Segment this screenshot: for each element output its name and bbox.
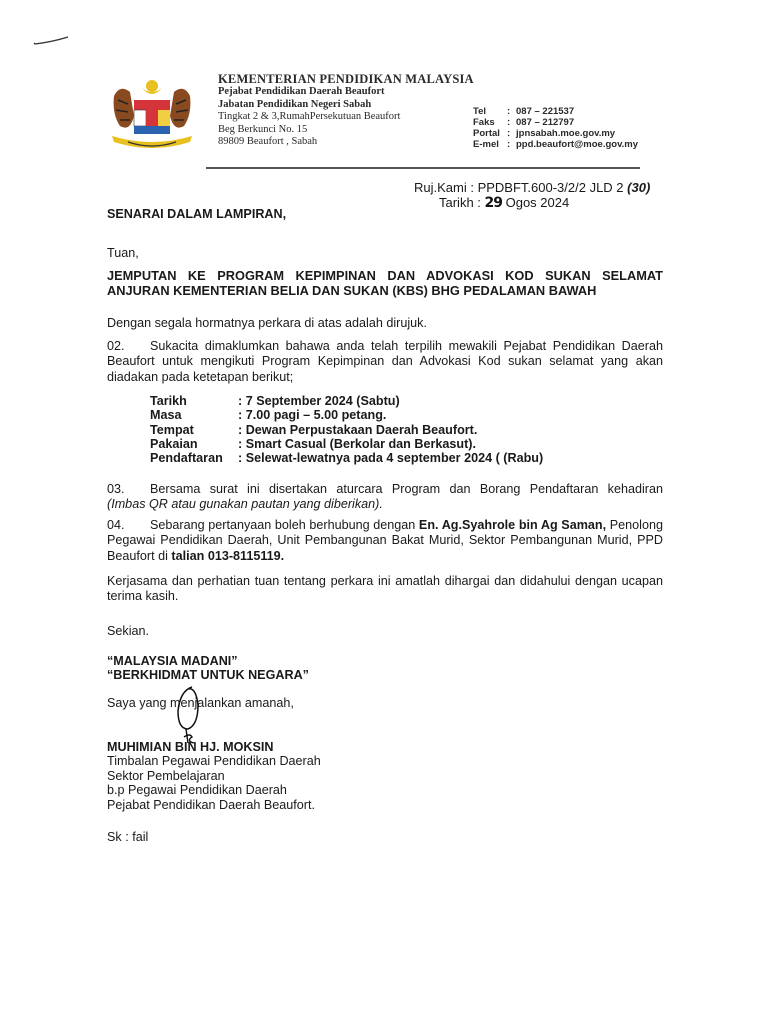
ministry-name: KEMENTERIAN PENDIDIKAN MALAYSIA <box>218 73 474 86</box>
detail-row: Tempat: Dewan Perpustakaan Daerah Beaufo… <box>150 423 543 437</box>
department-name: Jabatan Pendidikan Negeri Sabah <box>218 99 474 112</box>
address-line: 89809 Beaufort , Sabah <box>218 136 474 149</box>
salutation: Tuan, <box>107 246 663 261</box>
paragraph-2: 02.Sukacita dimaklumkan bahawa anda tela… <box>107 339 663 385</box>
contact-fax: Faks:087 – 212797 <box>473 117 638 128</box>
contact-email: E-mel:ppd.beaufort@moe.gov.my <box>473 139 638 150</box>
signatory-name: MUHIMIAN BIN HJ. MOKSIN <box>107 740 663 754</box>
letterhead-divider <box>206 167 640 169</box>
motto: “MALAYSIA MADANI” “BERKHIDMAT UNTUK NEGA… <box>107 654 663 682</box>
paragraph-4: 04.Sebarang pertanyaan boleh berhubung d… <box>107 518 663 564</box>
malaysia-coat-of-arms-icon <box>106 76 198 152</box>
letter-subject: JEMPUTAN KE PROGRAM KEPIMPINAN DAN ADVOK… <box>107 268 663 299</box>
paragraph-3: 03.Bersama surat ini disertakan aturcara… <box>107 482 663 513</box>
contact-phone: talian 013-8115119. <box>171 549 284 563</box>
paragraph-5: Kerjasama dan perhatian tuan tentang per… <box>107 574 663 605</box>
letterhead-organization: KEMENTERIAN PENDIDIKAN MALAYSIA Pejabat … <box>218 73 474 149</box>
contact-tel: Tel:087 – 221537 <box>473 106 638 117</box>
detail-row: Pakaian: Smart Casual (Berkolar dan Berk… <box>150 437 543 451</box>
contact-person: En. Ag.Syahrole bin Ag Saman, <box>419 518 606 532</box>
letterhead-contacts: Tel:087 – 221537 Faks:087 – 212797 Porta… <box>473 106 638 150</box>
detail-row: Masa: 7.00 pagi – 5.00 petang. <box>150 408 543 422</box>
detail-row: Tarikh: 7 September 2024 (Sabtu) <box>150 394 543 408</box>
carbon-copy: Sk : fail <box>107 830 663 845</box>
address-line: Tingkat 2 & 3,RumahPersekutuan Beaufort <box>218 111 474 124</box>
closing: Sekian. <box>107 624 663 639</box>
detail-row: Pendaftaran: Selewat-lewatnya pada 4 sep… <box>150 451 543 465</box>
contact-portal: Portal:jpnsabah.moe.gov.my <box>473 128 638 139</box>
paragraph-1: Dengan segala hormatnya perkara di atas … <box>107 316 663 331</box>
pen-mark-icon <box>32 34 70 46</box>
office-name: Pejabat Pendidikan Daerah Beaufort <box>218 86 474 99</box>
recipient: SENARAI DALAM LAMPIRAN, <box>107 207 663 222</box>
signatory-block: MUHIMIAN BIN HJ. MOKSIN Timbalan Pegawai… <box>107 740 663 812</box>
reference-number: Ruj.Kami : PPDBFT.600-3/2/2 JLD 2 (30) <box>414 180 650 195</box>
address-line: Beg Berkunci No. 15 <box>218 124 474 137</box>
event-details: Tarikh: 7 September 2024 (Sabtu) Masa: 7… <box>150 394 543 465</box>
signature-icon <box>162 685 222 747</box>
